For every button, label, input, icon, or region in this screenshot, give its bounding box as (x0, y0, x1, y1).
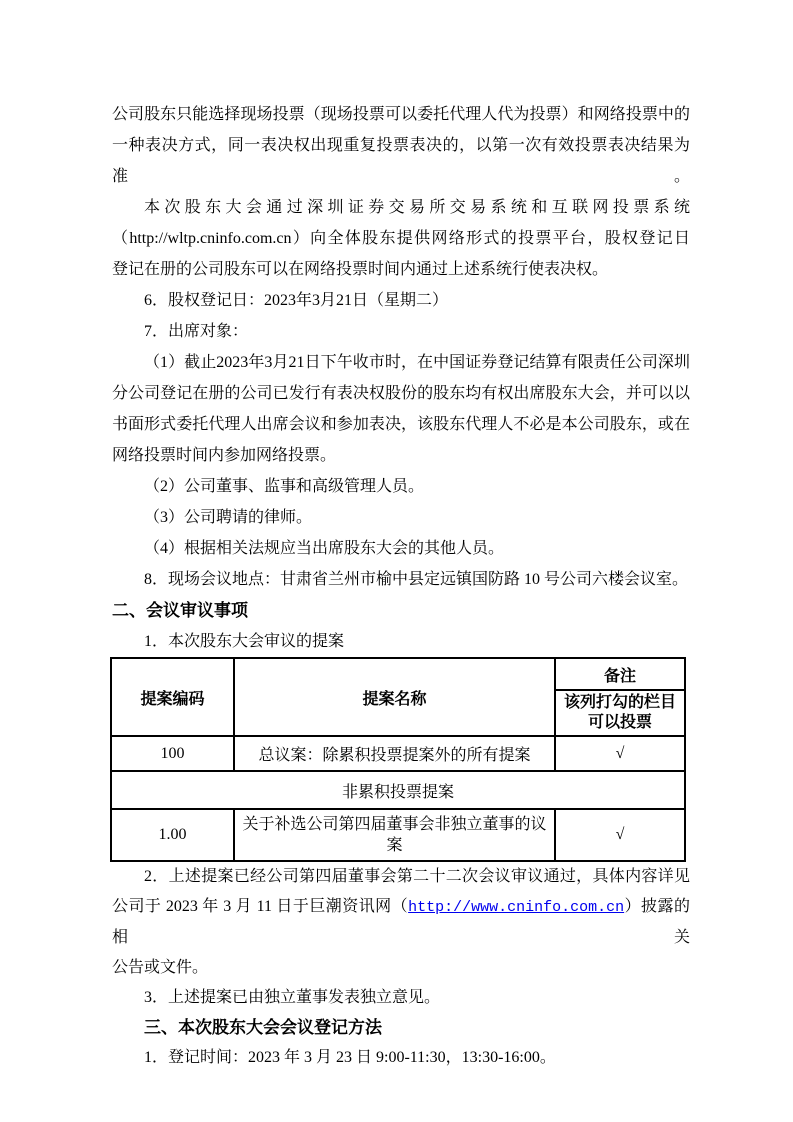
table-row: 100 总议案：除累积投票提案外的所有提案 √ (111, 736, 685, 771)
col-header-remark: 备注 (555, 658, 685, 690)
col-header-proposal-name: 提案名称 (234, 658, 555, 736)
document-page: 公司股东只能选择现场投票（现场投票可以委托代理人代为投票）和网络投票中的 一种表… (0, 0, 793, 1122)
doc-line: （1）截止2023年3月21日下午收市时，在中国证券登记结算有限责任公司深圳 (112, 347, 690, 378)
doc-line: 公告或文件。 (112, 953, 690, 983)
doc-line: 公司股东只能选择现场投票（现场投票可以委托代理人代为投票）和网络投票中的 (112, 99, 690, 130)
doc-line-disclosure: 公司于 2023 年 3 月 11 日于巨潮资讯网（http://www.cni… (112, 892, 690, 953)
section-row-cell: 非累积投票提案 (111, 771, 685, 809)
doc-line: 一种表决方式，同一表决权出现重复投票表决的，以第一次有效投票表决结果为准。 (112, 130, 690, 192)
remark-note-line: 该列打勾的栏目 (561, 693, 679, 713)
doc-line: 2．上述提案已经公司第四届董事会第二十二次会议审议通过，具体内容详见 (112, 862, 690, 892)
proposal-code-cell: 1.00 (111, 809, 234, 861)
doc-line: 登记在册的公司股东可以在网络投票时间内通过上述系统行使表决权。 (112, 254, 690, 285)
proposal-name-cell: 关于补选公司第四届董事会非独立董事的议案 (234, 809, 555, 861)
doc-line: 网络投票时间内参加网络投票。 (112, 440, 690, 471)
section-heading-3: 三、本次股东大会会议登记方法 (112, 1013, 690, 1043)
cninfo-link[interactable]: http://www.cninfo.com.cn (408, 899, 624, 916)
doc-line: （4）根据相关法规应当出席股东大会的其他人员。 (112, 533, 690, 564)
document-content: 公司股东只能选择现场投票（现场投票可以委托代理人代为投票）和网络投票中的 一种表… (0, 0, 793, 1073)
col-header-proposal-code: 提案编码 (111, 658, 234, 736)
section-heading-2: 二、会议审议事项 (112, 595, 690, 626)
table-row: 1.00 关于补选公司第四届董事会非独立董事的议案 √ (111, 809, 685, 861)
doc-line: （2）公司董事、监事和高级管理人员。 (112, 471, 690, 502)
proposal-table: 提案编码 提案名称 备注 该列打勾的栏目 可以投票 100 总议案：除累积投票提… (110, 657, 686, 862)
doc-line: 分公司登记在册的公司已发行有表决权股份的股东均有权出席股东大会，并可以以 (112, 378, 690, 409)
doc-line: 3．上述提案已由独立董事发表独立意见。 (112, 983, 690, 1013)
doc-line-proposal-intro: 1．本次股东大会审议的提案 (112, 626, 690, 657)
proposal-name-cell: 总议案：除累积投票提案外的所有提案 (234, 736, 555, 771)
doc-line-meeting-place: 8．现场会议地点：甘肃省兰州市榆中县定远镇国防路 10 号公司六楼会议室。 (112, 564, 690, 595)
doc-line: （http://wltp.cninfo.com.cn）向全体股东提供网络形式的投… (112, 223, 690, 254)
doc-line: 书面形式委托代理人出席会议和参加表决，该股东代理人不必是本公司股东，或在 (112, 409, 690, 440)
doc-line-registration-time: 1．登记时间：2023 年 3 月 23 日 9:00-11:30，13:30-… (112, 1043, 690, 1073)
doc-line-attendees: 7．出席对象： (112, 316, 690, 347)
col-header-remark-note: 该列打勾的栏目 可以投票 (555, 690, 685, 736)
table-row: 非累积投票提案 (111, 771, 685, 809)
doc-line: （3）公司聘请的律师。 (112, 502, 690, 533)
remark-note-line: 可以投票 (561, 713, 679, 733)
doc-line-record-date: 6．股权登记日：2023年3月21日（星期二） (112, 285, 690, 316)
remark-checkmark-cell: √ (555, 736, 685, 771)
proposal-code-cell: 100 (111, 736, 234, 771)
remark-checkmark-cell: √ (555, 809, 685, 861)
doc-line-text: 公司于 2023 年 3 月 11 日于巨潮资讯网（ (112, 898, 408, 915)
doc-line: 本次股东大会通过深圳证券交易所交易系统和互联网投票系统 (112, 192, 690, 223)
